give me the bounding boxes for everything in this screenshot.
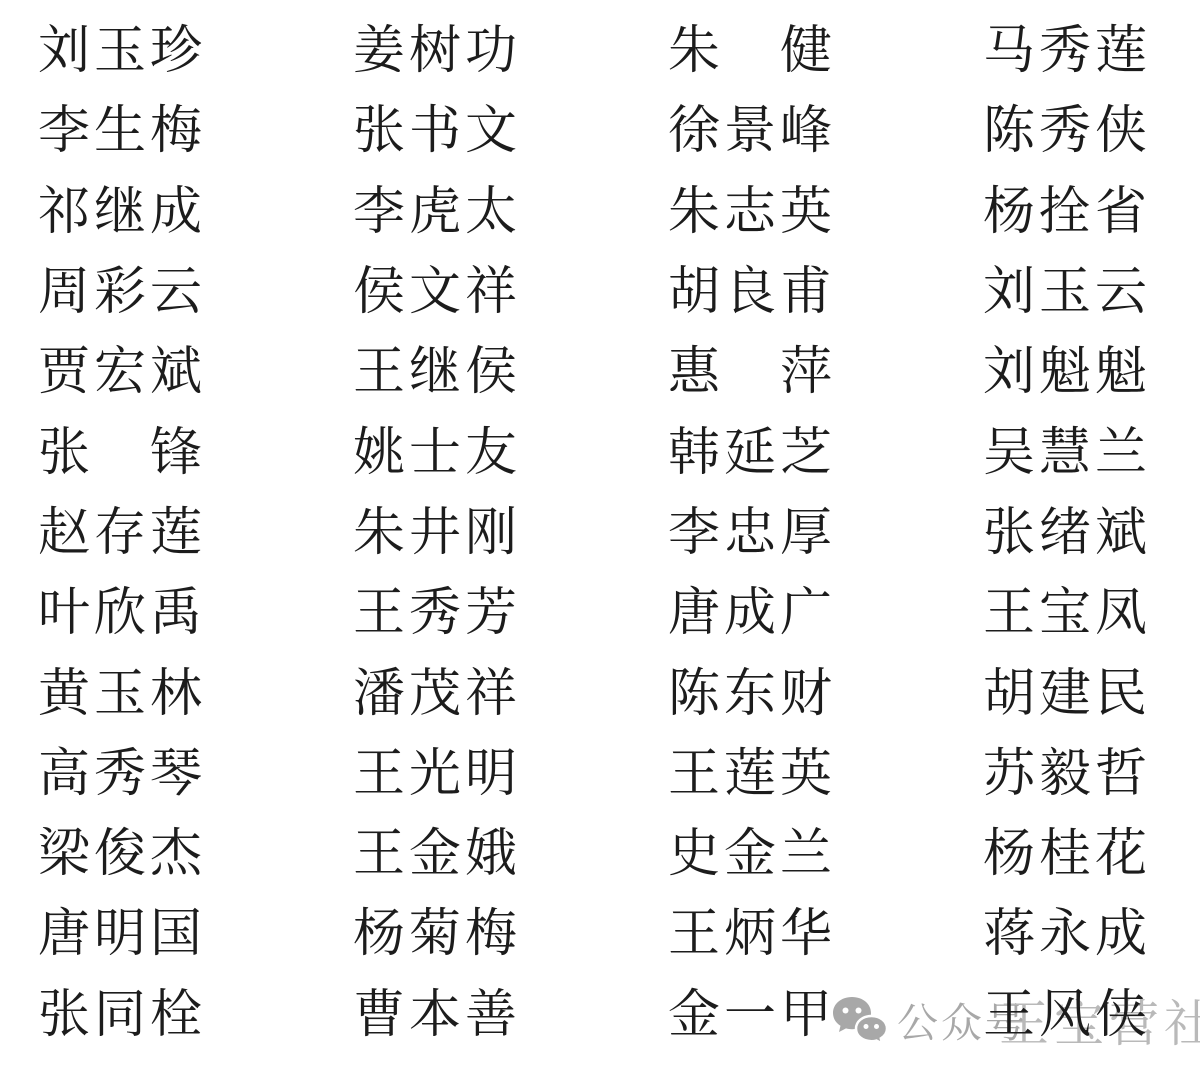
name-cell: 唐明国 xyxy=(38,894,206,974)
name-cell: 王风侠 xyxy=(983,975,1151,1055)
name-cell: 梁俊杰 xyxy=(38,814,206,894)
name-cell: 王金娥 xyxy=(353,814,521,894)
name-cell: 黄玉林 xyxy=(38,653,206,733)
name-cell: 李生梅 xyxy=(38,91,206,171)
name-cell: 吴慧兰 xyxy=(983,412,1151,492)
name-cell: 姜树功 xyxy=(353,11,521,91)
name-cell: 杨拴省 xyxy=(983,172,1151,252)
name-cell: 朱 健 xyxy=(668,11,836,91)
name-cell: 金一甲 xyxy=(668,975,836,1055)
name-cell: 韩延芝 xyxy=(668,412,836,492)
document-page: 刘玉珍姜树功朱 健马秀莲李生梅张书文徐景峰陈秀侠祁继成李虎太朱志英杨拴省周彩云侯… xyxy=(0,0,1200,1071)
name-cell: 曹本善 xyxy=(353,975,521,1055)
name-cell: 杨桂花 xyxy=(983,814,1151,894)
name-cell: 赵存莲 xyxy=(38,493,206,573)
name-cell: 李虎太 xyxy=(353,172,521,252)
name-cell: 王莲英 xyxy=(668,734,836,814)
name-cell: 高秀琴 xyxy=(38,734,206,814)
name-cell: 张书文 xyxy=(353,91,521,171)
name-cell: 陈秀侠 xyxy=(983,91,1151,171)
name-cell: 苏毅哲 xyxy=(983,734,1151,814)
name-cell: 姚士友 xyxy=(353,412,521,492)
name-cell: 蒋永成 xyxy=(983,894,1151,974)
name-cell: 张 锋 xyxy=(38,412,206,492)
name-cell: 王炳华 xyxy=(668,894,836,974)
name-cell: 李忠厚 xyxy=(668,493,836,573)
name-cell: 叶欣禹 xyxy=(38,573,206,653)
name-cell: 胡良甫 xyxy=(668,252,836,332)
name-cell: 陈东财 xyxy=(668,653,836,733)
name-cell: 刘玉珍 xyxy=(38,11,206,91)
name-grid: 刘玉珍姜树功朱 健马秀莲李生梅张书文徐景峰陈秀侠祁继成李虎太朱志英杨拴省周彩云侯… xyxy=(38,11,1151,1055)
name-cell: 刘魁魁 xyxy=(983,332,1151,412)
name-cell: 张绪斌 xyxy=(983,493,1151,573)
name-cell: 史金兰 xyxy=(668,814,836,894)
name-cell: 唐成广 xyxy=(668,573,836,653)
name-cell: 杨菊梅 xyxy=(353,894,521,974)
name-cell: 王继侯 xyxy=(353,332,521,412)
name-cell: 刘玉云 xyxy=(983,252,1151,332)
name-cell: 潘茂祥 xyxy=(353,653,521,733)
name-cell: 王秀芳 xyxy=(353,573,521,653)
name-cell: 周彩云 xyxy=(38,252,206,332)
name-cell: 惠 萍 xyxy=(668,332,836,412)
name-cell: 马秀莲 xyxy=(983,11,1151,91)
name-cell: 朱志英 xyxy=(668,172,836,252)
name-cell: 张同栓 xyxy=(38,975,206,1055)
name-cell: 侯文祥 xyxy=(353,252,521,332)
name-cell: 祁继成 xyxy=(38,172,206,252)
name-cell: 朱井刚 xyxy=(353,493,521,573)
name-cell: 贾宏斌 xyxy=(38,332,206,412)
name-cell: 胡建民 xyxy=(983,653,1151,733)
name-cell: 王光明 xyxy=(353,734,521,814)
name-cell: 王宝凤 xyxy=(983,573,1151,653)
name-cell: 徐景峰 xyxy=(668,91,836,171)
